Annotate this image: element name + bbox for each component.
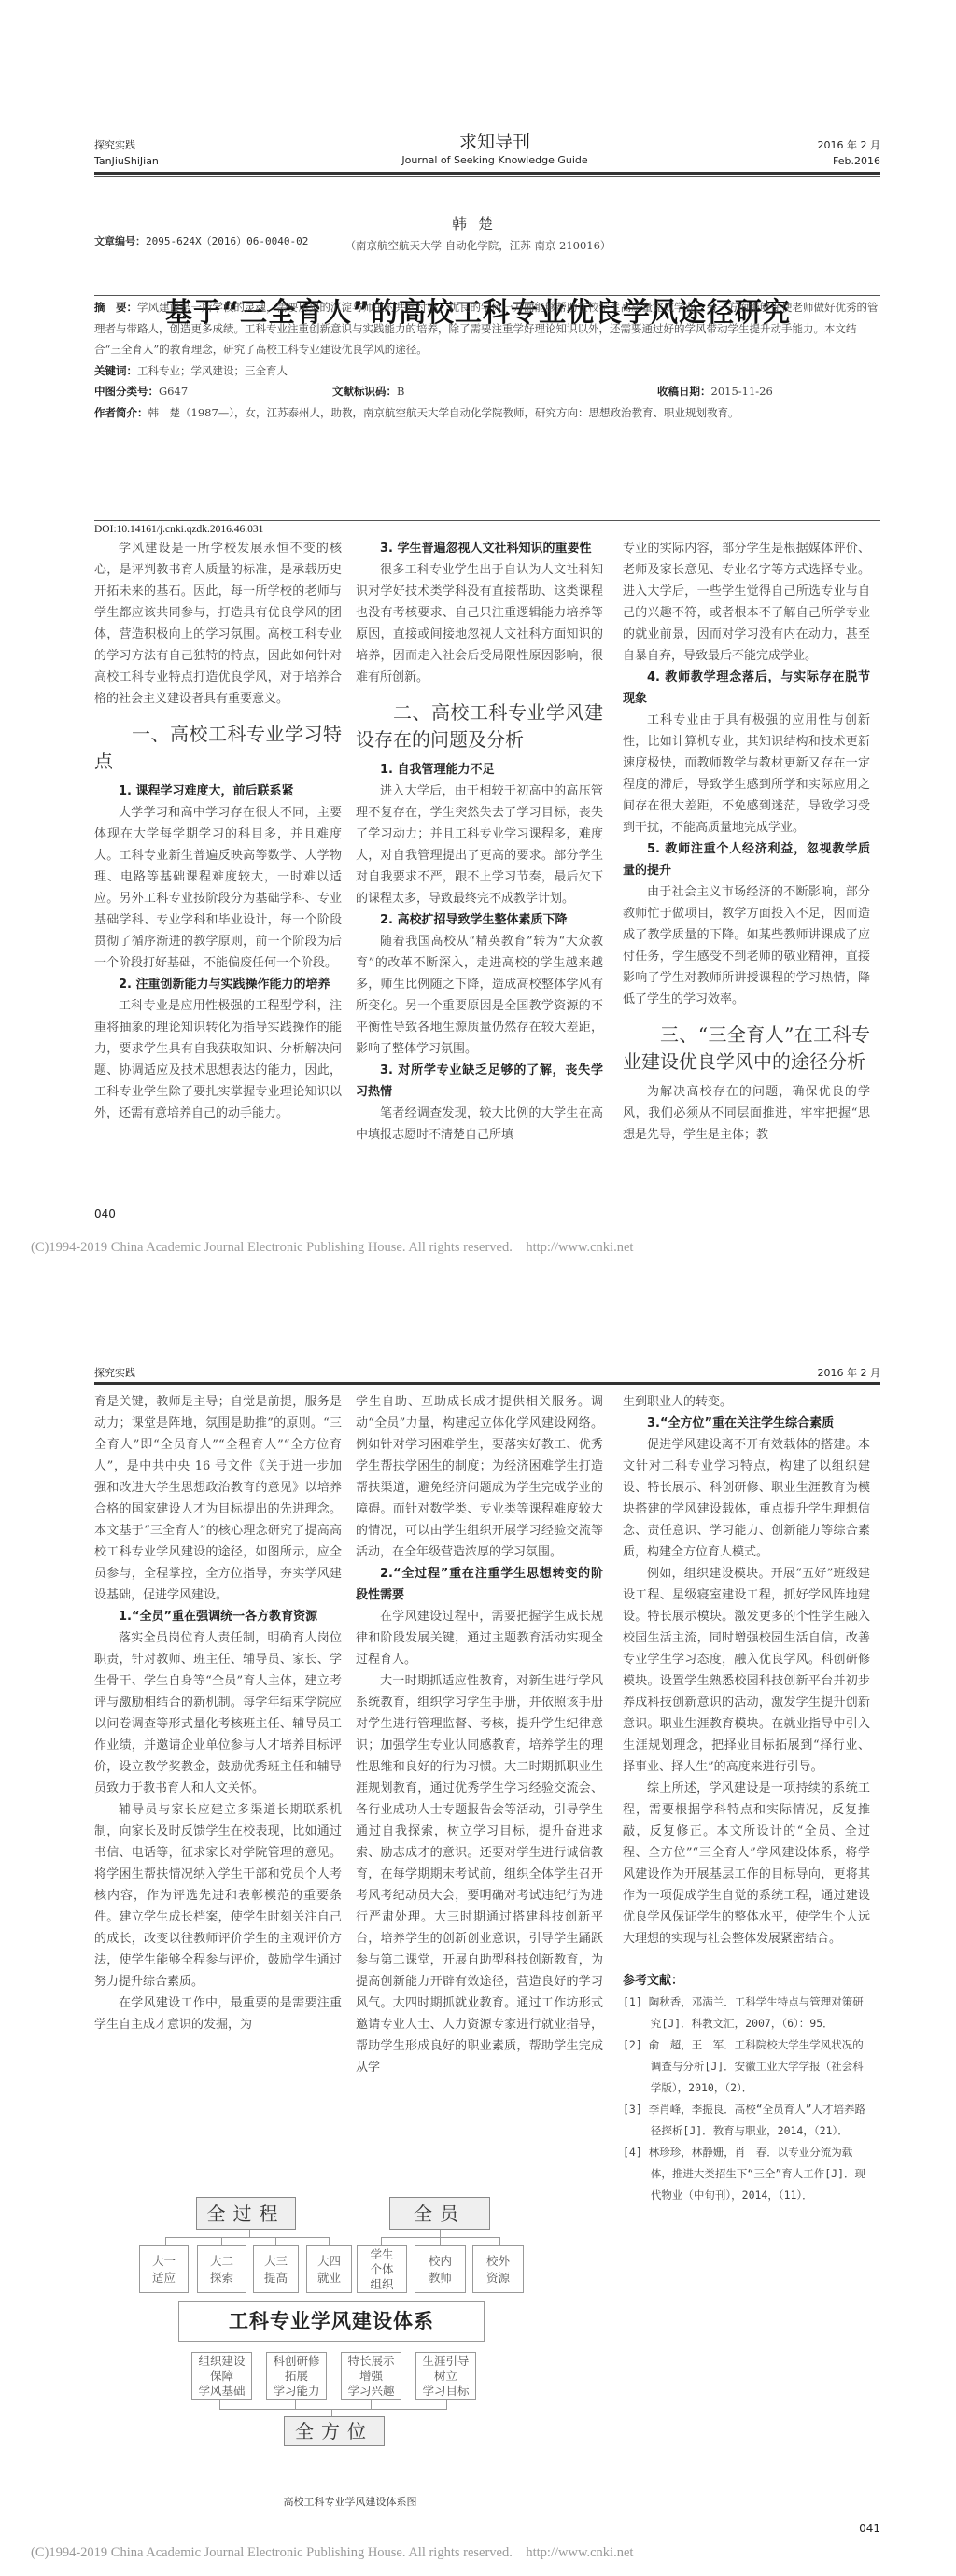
page2-header-section: 探究实践 xyxy=(94,1365,135,1381)
copyright-watermark: (C)1994-2019 China Academic Journal Elec… xyxy=(31,2545,633,2561)
page2-header-rule-thin xyxy=(94,1387,880,1387)
paragraph: 在学风建设工作中，最重要的是需要注重学生自主成才意识的发掘，为 xyxy=(94,1992,342,2035)
author-bio: 作者简介：韩 楚（1987—），女，江苏泰州人，助教，南京航空航天大学自动化学院… xyxy=(94,402,883,424)
running-header-date: 2016 年 2 月 Feb.2016 xyxy=(818,137,880,169)
connector xyxy=(440,2230,441,2237)
diagram-all-round-box: 全方位 xyxy=(284,2416,385,2446)
references-heading: 参考文献： xyxy=(623,1970,870,1992)
copyright-watermark: (C)1994-2019 China Academic Journal Elec… xyxy=(31,1240,633,1256)
page2-column-2: 学生自助、互助成长成才提供相关服务。调动“全员”力量，构建起立体化学风建设网络。… xyxy=(356,1391,603,2078)
reference-item: [1] 陶秋香，邓满兰．工科学生特点与管理对策研究[J]．科教文汇，2007，（… xyxy=(623,1992,870,2034)
diagram-whole-process-box: 全过程 xyxy=(196,2197,296,2230)
header-rule xyxy=(94,172,880,175)
page-number: 041 xyxy=(859,2522,880,2535)
doi: DOI:10.14161/j.cnki.qzdk.2016.46.031 xyxy=(94,524,263,535)
diagram-stage-box: 大一 适应 xyxy=(139,2245,189,2293)
figure-caption: 高校工科专业学风建设体系图 xyxy=(93,2494,607,2509)
section-heading-3: 三、“三全育人”在工科专业建设优良学风中的途径分析 xyxy=(623,1021,870,1076)
reference-item: [4] 林珍珍，林静姗，肖 春．以专业分流为载体，推进大类招生下“三全”育人工作… xyxy=(623,2142,870,2206)
subheading: 4. 教师教学理念落后，与实际存在脱节现象 xyxy=(623,667,870,710)
journal-name: 求知导刊 Journal of Seeking Knowledge Guide xyxy=(355,131,635,168)
connector xyxy=(219,2400,220,2409)
abstract-rule-bottom xyxy=(94,520,880,521)
paragraph: 大学学习和高中学习存在很大不同，主要体现在大学每学期学习的科目多，并且难度大。工… xyxy=(94,802,342,974)
connector xyxy=(499,2237,500,2245)
paragraph: 在学风建设过程中，需要把握学生成长规律和阶段发展关键，通过主题教育活动实现全过程… xyxy=(356,1606,603,1670)
paragraph: 进入大学后，由于相较于初高中的高压管理不复存在，学生突然失去了学习目标，丧失了学… xyxy=(356,781,603,909)
page1-column-2: 3. 学生普遍忽视人文社科知识的重要性 很多工科专业学生出于自认为人文社科知识对… xyxy=(356,538,603,1146)
diagram-module-box: 科创研修 拓展 学习能力 xyxy=(266,2352,327,2400)
paragraph: 育是关键，教师是主导；自觉是前提，服务是动力；课堂是阵地，氛围是助推”的原则。“… xyxy=(94,1391,342,1606)
abstract-rule-top xyxy=(94,295,880,296)
diagram-all-members-box: 全员 xyxy=(389,2197,490,2230)
subheading: 2. 注重创新能力与实践操作能力的培养 xyxy=(94,974,342,995)
diagram-module-box: 生涯引导 树立 学习目标 xyxy=(415,2352,476,2400)
connector xyxy=(371,2400,372,2409)
connector xyxy=(295,2400,296,2409)
connector xyxy=(440,2237,441,2245)
paragraph: 落实全员岗位育人责任制，明确育人岗位职责，针对教师、班主任、辅导员、家长、学生骨… xyxy=(94,1627,342,1799)
page2-column-3: 生到职业人的转变。 3.“全方位”重在关注学生综合素质 促进学风建设离不开有效载… xyxy=(623,1391,870,2206)
paragraph: 由于社会主义市场经济的不断影响，部分教师忙于做项目，教学方面投入不足，因而造成了… xyxy=(623,881,870,1010)
page2-header-date: 2016 年 2 月 xyxy=(818,1365,880,1381)
paragraph: 工科专业由于具有极强的应用性与创新性，比如计算机专业，其知识结构和技术更新速度极… xyxy=(623,710,870,838)
date-en: Feb.2016 xyxy=(818,153,880,169)
subheading: 3.“全方位”重在关注学生综合素质 xyxy=(623,1413,870,1434)
paragraph: 大一时期抓适应性教育，对新生进行学风系统教育，组织学习学生手册，并依照该手册对学… xyxy=(356,1670,603,2078)
diagram-module-box: 特长展示 增强 学习兴趣 xyxy=(341,2352,401,2400)
connector xyxy=(165,2237,166,2245)
reference-item: [3] 李肖峰，李振良．高校“全员育人”人才培养路径探析[J]．教育与职业，20… xyxy=(623,2099,870,2142)
subheading: 5. 教师注重个人经济利益，忽视教学质量的提升 xyxy=(623,838,870,881)
connector xyxy=(381,2237,382,2245)
journal-cn: 求知导刊 xyxy=(355,131,635,153)
keywords: 关键词：工科专业；学风建设；三全育人 xyxy=(94,360,883,382)
connector xyxy=(221,2237,222,2245)
diagram-center-box: 工科专业学风建设体系 xyxy=(178,2301,485,2342)
reference-item: [2] 俞 超，王 军．工科院校大学生学风状况的调查与分析[J]．安徽工业大学学… xyxy=(623,2034,870,2099)
paragraph: 学生自助、互助成长成才提供相关服务。调动“全员”力量，构建起立体化学风建设网络。… xyxy=(356,1391,603,1563)
page1-column-1: 学风建设是一所学校发展永恒不变的核心，是评判教书育人质量的标准，是承载历史开拓未… xyxy=(94,538,342,1124)
paragraph: 辅导员与家长应建立多渠道长期联系机制，向家长及时反馈学生在校表现，比如通过书信、… xyxy=(94,1799,342,1992)
diagram-stage-box: 大四 就业 xyxy=(306,2245,352,2293)
paragraph: 综上所述，学风建设是一项持续的系统工程，需要根据学科特点和实际情况，反复推敲，反… xyxy=(623,1778,870,1950)
date-cn: 2016 年 2 月 xyxy=(818,137,880,153)
section-en: TanJiuShiJian xyxy=(94,153,159,169)
diagram-stage-box: 大二 探索 xyxy=(197,2245,246,2293)
connector xyxy=(446,2400,447,2409)
connector xyxy=(249,2230,250,2237)
paragraph: 专业的实际内容，部分学生是根据媒体评价、老师及家长意见、专业名字等方式选择专业。… xyxy=(623,538,870,667)
paragraph: 例如，组织建设模块。开展“五好”班级建设工程、星级寝室建设工程，抓好学风阵地建设… xyxy=(623,1563,870,1778)
subheading: 3. 对所学专业缺乏足够的了解，丧失学习热情 xyxy=(356,1060,603,1103)
paragraph: 随着我国高校从“精英教育”转为“大众教育”的改革不断深入，走进高校的学生越来越多… xyxy=(356,931,603,1060)
connector xyxy=(329,2237,330,2245)
diagram-member-box: 学生 个体 组织 xyxy=(357,2245,407,2293)
section-cn: 探究实践 xyxy=(94,137,159,153)
classification-row: 中图分类号：G647 文献标识码：B 收稿日期：2015-11-26 xyxy=(94,381,883,402)
subheading: 2. 高校扩招导致学生整体素质下降 xyxy=(356,909,603,931)
journal-en: Journal of Seeking Knowledge Guide xyxy=(355,153,635,168)
connector xyxy=(331,2409,332,2416)
paragraph: 为解决高校存在的问题，确保优良的学风，我们必须从不同层面推进，牢牢把握“思想是先… xyxy=(623,1081,870,1146)
subheading: 3. 学生普遍忽视人文社科知识的重要性 xyxy=(356,538,603,559)
diagram-stage-box: 大三 提高 xyxy=(253,2245,299,2293)
learning-style-system-diagram: 全过程 全员 大一 适应 大二 探索 大三 提高 大四 就业 学生 个体 组织 … xyxy=(93,2166,607,2446)
page2-header-rule xyxy=(94,1382,880,1385)
connector xyxy=(275,2237,276,2245)
abstract-block: 摘 要：学风建设是一所学校的灵魂，需要历史的沉淀与师生的共同付出。优良的学风一方… xyxy=(94,297,883,423)
intro-paragraph: 学风建设是一所学校发展永恒不变的核心，是评判教书育人质量的标准，是承载历史开拓未… xyxy=(94,538,342,710)
diagram-module-box: 组织建设 保障 学风基础 xyxy=(191,2352,252,2400)
paragraph: 笔者经调查发现，较大比例的大学生在高中填报志愿时不清楚自己所填 xyxy=(356,1103,603,1146)
paragraph: 工科专业是应用性极强的工程型学科，注重将抽象的理论知识转化为指导实践操作的能力，… xyxy=(94,995,342,1124)
diagram-member-box: 校外 资源 xyxy=(472,2245,524,2293)
author-name: 韩楚 xyxy=(0,212,956,233)
subheading: 1.“全员”重在强调统一各方教育资源 xyxy=(94,1606,342,1627)
running-header-section: 探究实践 TanJiuShiJian xyxy=(94,137,159,169)
subheading: 2.“全过程”重在注重学生思想转变的阶段性需要 xyxy=(356,1563,603,1606)
subheading: 1. 自我管理能力不足 xyxy=(356,759,603,781)
page-number: 040 xyxy=(94,1207,116,1220)
subheading: 1. 课程学习难度大，前后联系紧 xyxy=(94,781,342,802)
paragraph: 促进学风建设离不开有效载体的搭建。本文针对工科专业学习特点，构建了以组织建设、特… xyxy=(623,1434,870,1563)
diagram-member-box: 校内 教师 xyxy=(415,2245,466,2293)
section-heading-2: 二、高校工科专业学风建设存在的问题及分析 xyxy=(356,699,603,753)
paragraph: 很多工科专业学生出于自认为人文社科知识对学好技术类学科没有直接帮助、这类课程也没… xyxy=(356,559,603,688)
abstract: 摘 要：学风建设是一所学校的灵魂，需要历史的沉淀与师生的共同付出。优良的学风一方… xyxy=(94,297,883,360)
section-heading-1: 一、高校工科专业学习特点 xyxy=(94,721,342,775)
paragraph: 生到职业人的转变。 xyxy=(623,1391,870,1413)
connector xyxy=(381,2237,500,2238)
page1-column-3: 专业的实际内容，部分学生是根据媒体评价、老师及家长意见、专业名字等方式选择专业。… xyxy=(623,538,870,1146)
connector xyxy=(219,2409,447,2410)
connector xyxy=(165,2237,330,2238)
header-rule-thin xyxy=(94,176,880,177)
author-affiliation: （南京航空航天大学 自动化学院，江苏 南京 210016） xyxy=(0,238,956,253)
page2-column-1: 育是关键，教师是主导；自觉是前提，服务是动力；课堂是阵地，氛围是助推”的原则。“… xyxy=(94,1391,342,2035)
